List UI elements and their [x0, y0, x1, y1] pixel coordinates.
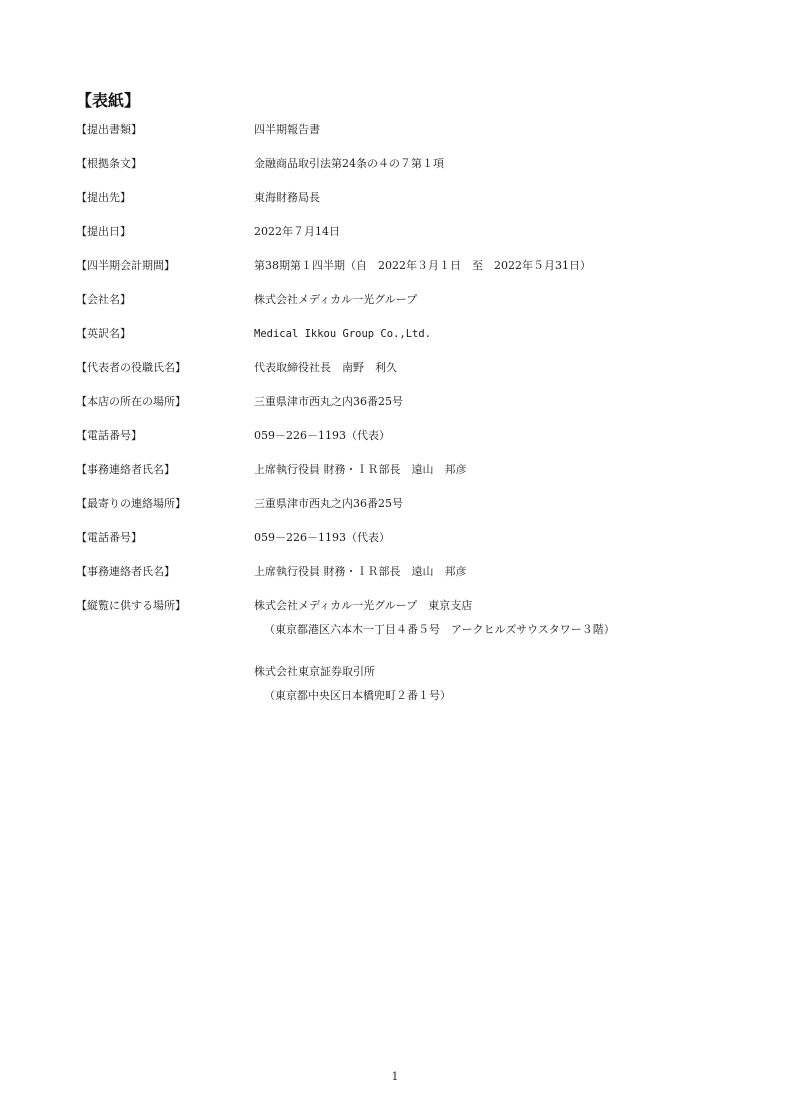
field-row-phone-2: 【電話番号】 059－226－1193（代表） [0, 530, 790, 564]
field-row-representative: 【代表者の役職氏名】 代表取締役社長 南野 利久 [0, 360, 790, 394]
field-row-accounting-period: 【四半期会計期間】 第38期第１四半期（自 2022年３月１日 至 2022年５… [0, 258, 790, 292]
field-value: 東海財務局長 [254, 190, 320, 206]
field-row-nearest-contact: 【最寄りの連絡場所】 三重県津市西丸之内36番25号 [0, 496, 790, 530]
field-label: 【電話番号】 [76, 428, 142, 444]
inspection-place-name: 株式会社メディカル一光グループ 東京支店 [254, 598, 615, 622]
field-label: 【最寄りの連絡場所】 [76, 496, 186, 512]
inspection-place: 株式会社メディカル一光グループ 東京支店 （東京都港区六本木一丁目４番５号 アー… [254, 598, 615, 646]
field-label: 【会社名】 [76, 292, 131, 308]
field-label: 【事務連絡者氏名】 [76, 462, 175, 478]
field-value: 代表取締役社長 南野 利久 [254, 360, 397, 376]
field-label: 【電話番号】 [76, 530, 142, 546]
field-row-phone: 【電話番号】 059－226－1193（代表） [0, 428, 790, 462]
field-value: 059－226－1193（代表） [254, 428, 390, 444]
field-row-document-type: 【提出書類】 四半期報告書 [0, 122, 790, 156]
field-label: 【提出日】 [76, 224, 131, 240]
field-label: 【縦覧に供する場所】 [76, 598, 186, 614]
field-value: 金融商品取引法第24条の４の７第１項 [254, 156, 444, 172]
field-value: 上席執行役員 財務・ＩＲ部長 遠山 邦彦 [254, 564, 467, 580]
inspection-place-address: （東京都中央区日本橋兜町２番１号） [254, 688, 615, 712]
field-value: 2022年７月14日 [254, 224, 340, 240]
field-value: 三重県津市西丸之内36番25号 [254, 496, 403, 512]
field-label: 【事務連絡者氏名】 [76, 564, 175, 580]
field-value: 第38期第１四半期（自 2022年３月１日 至 2022年５月31日） [254, 258, 591, 274]
field-label: 【四半期会計期間】 [76, 258, 175, 274]
field-value: 三重県津市西丸之内36番25号 [254, 394, 403, 410]
field-label: 【提出書類】 [76, 122, 142, 138]
field-row-company-name: 【会社名】 株式会社メディカル一光グループ [0, 292, 790, 326]
inspection-place-address: （東京都港区六本木一丁目４番５号 アークヒルズサウスタワー３階） [254, 622, 615, 646]
field-label: 【代表者の役職氏名】 [76, 360, 186, 376]
field-row-legal-basis: 【根拠条文】 金融商品取引法第24条の４の７第１項 [0, 156, 790, 190]
field-label: 【提出先】 [76, 190, 131, 206]
field-label: 【英訳名】 [76, 326, 131, 342]
field-value: 上席執行役員 財務・ＩＲ部長 遠山 邦彦 [254, 462, 467, 478]
inspection-place: 株式会社東京証券取引所 （東京都中央区日本橋兜町２番１号） [254, 664, 615, 712]
field-row-submitted-to: 【提出先】 東海財務局長 [0, 190, 790, 224]
field-value: Medical Ikkou Group Co.,Ltd. [254, 326, 431, 342]
field-row-contact-person: 【事務連絡者氏名】 上席執行役員 財務・ＩＲ部長 遠山 邦彦 [0, 462, 790, 496]
inspection-places-list: 株式会社メディカル一光グループ 東京支店 （東京都港区六本木一丁目４番５号 アー… [254, 598, 615, 730]
field-label: 【根拠条文】 [76, 156, 142, 172]
field-label: 【本店の所在の場所】 [76, 394, 186, 410]
field-row-head-office: 【本店の所在の場所】 三重県津市西丸之内36番25号 [0, 394, 790, 428]
page-title: 【表紙】 [76, 88, 140, 111]
field-row-submission-date: 【提出日】 2022年７月14日 [0, 224, 790, 258]
field-value: 四半期報告書 [254, 122, 320, 138]
cover-fields: 【提出書類】 四半期報告書 【根拠条文】 金融商品取引法第24条の４の７第１項 … [0, 122, 790, 598]
inspection-place-name: 株式会社東京証券取引所 [254, 664, 615, 688]
field-row-contact-person-2: 【事務連絡者氏名】 上席執行役員 財務・ＩＲ部長 遠山 邦彦 [0, 564, 790, 598]
field-value: 059－226－1193（代表） [254, 530, 390, 546]
page-number: 1 [0, 1070, 790, 1083]
field-value: 株式会社メディカル一光グループ [254, 292, 417, 308]
field-row-english-name: 【英訳名】 Medical Ikkou Group Co.,Ltd. [0, 326, 790, 360]
